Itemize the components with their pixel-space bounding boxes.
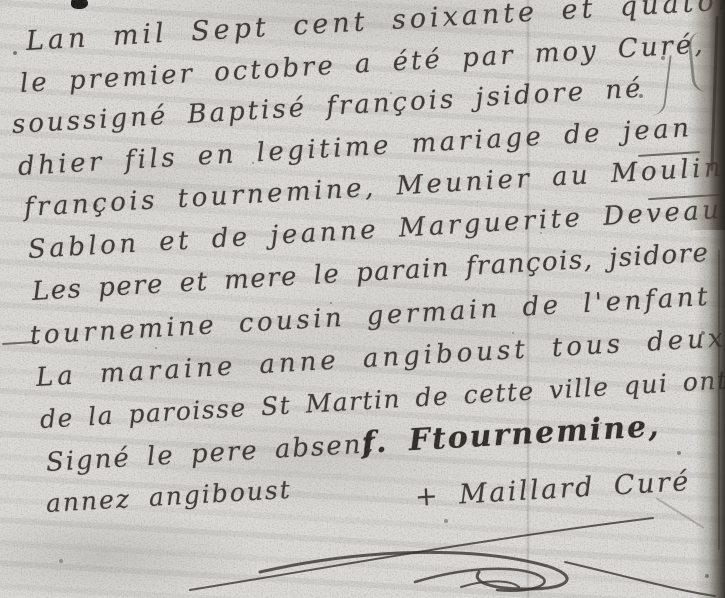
binding-edge-streak — [718, 250, 720, 550]
paper-specks — [0, 0, 2, 2]
manuscript-page: Lan mil Sept cent soixante et quatorze l… — [0, 0, 725, 598]
signature-flourish — [175, 492, 725, 598]
